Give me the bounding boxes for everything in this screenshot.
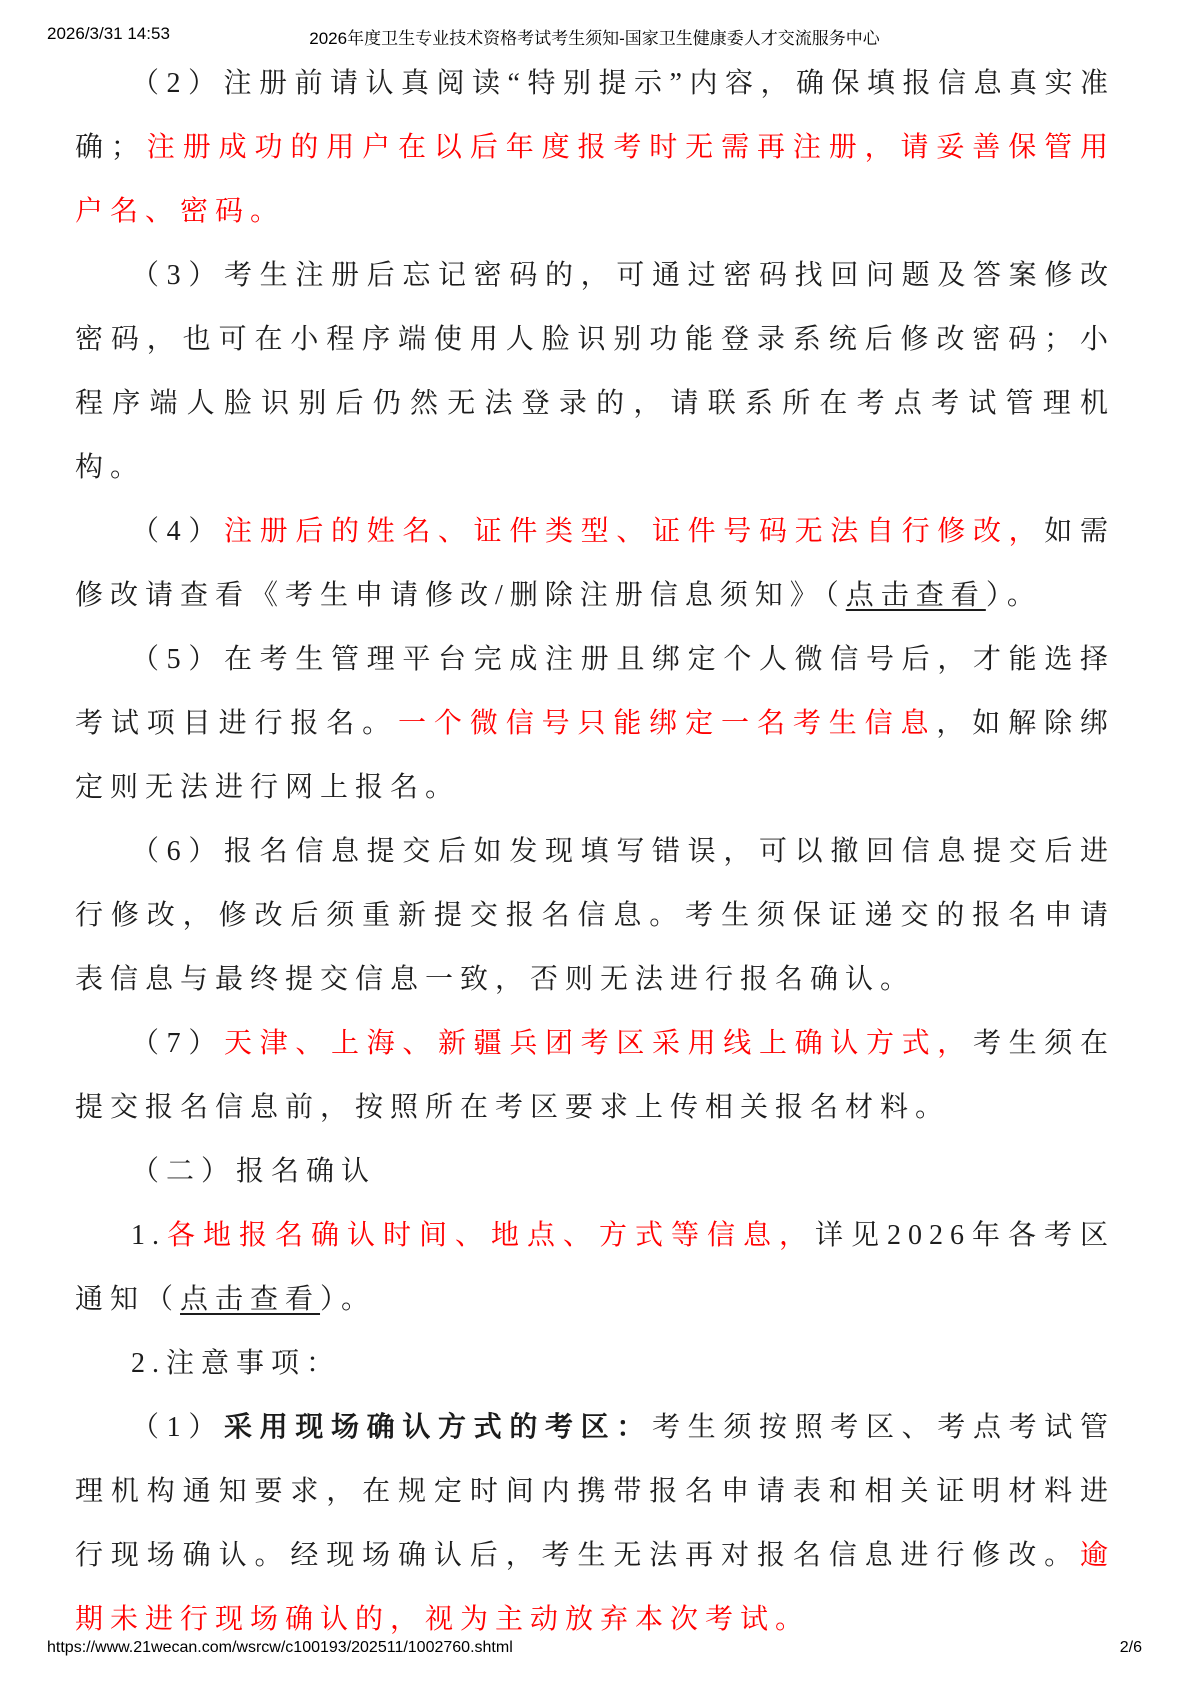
paragraph-item-7: （7）天津、上海、新疆兵团考区采用线上确认方式，考生须在提交报名信息前，按照所在… [75, 1012, 1115, 1140]
text-run: ）。 [320, 1284, 376, 1315]
paragraph-item-2: （2）注册前请认真阅读“特别提示”内容，确保填报信息真实准确；注册成功的用户在以… [75, 52, 1115, 244]
text-run: 采用现场确认方式的考区： [224, 1412, 652, 1443]
paragraph-note-1: （1）采用现场确认方式的考区：考生须按照考区、考点考试管理机构通知要求，在规定时… [75, 1396, 1115, 1652]
paragraph-list-1: 1.各地报名确认时间、地点、方式等信息，详见2026年各考区通知（点击查看）。 [75, 1204, 1115, 1332]
paragraph-item-5: （5）在考生管理平台完成注册且绑定个人微信号后，才能选择考试项目进行报名。一个微… [75, 628, 1115, 820]
page-number: 2/6 [1120, 1639, 1142, 1657]
text-run: （6）报名信息提交后如发现填写错误，可以撤回信息提交后进行修改，修改后须重新提交… [75, 836, 1115, 995]
text-run: 1. [131, 1220, 166, 1251]
paragraph-list-2: 2.注意事项： [75, 1332, 1115, 1396]
paragraph-item-4: （4）注册后的姓名、证件类型、证件号码无法自行修改，如需修改请查看《考生申请修改… [75, 500, 1115, 628]
text-run: 各地报名确认时间、地点、方式等信息， [166, 1220, 815, 1251]
print-header: 2026/3/31 14:53 2026年度卫生专业技术资格考试考生须知-国家卫… [0, 24, 1189, 48]
print-footer: https://www.21wecan.com/wsrcw/c100193/20… [47, 1639, 1142, 1657]
inline-link[interactable]: 点击查看 [846, 580, 986, 611]
text-run: 天津、上海、新疆兵团考区采用线上确认方式， [224, 1028, 973, 1059]
document-body: （2）注册前请认真阅读“特别提示”内容，确保填报信息真实准确；注册成功的用户在以… [75, 52, 1115, 1652]
text-run: （二）报名确认 [131, 1156, 376, 1187]
text-run: 一个微信号只能绑定一名考生信息 [398, 708, 936, 739]
text-run: 注册后的姓名、证件类型、证件号码无法自行修改， [224, 516, 1044, 547]
text-run: 注册成功的用户在以后年度报考时无需再注册，请妥善保管用户名、密码。 [75, 132, 1115, 227]
paragraph-item-6: （6）报名信息提交后如发现填写错误，可以撤回信息提交后进行修改，修改后须重新提交… [75, 820, 1115, 1012]
text-run: （7） [131, 1028, 224, 1059]
text-run: （3）考生注册后忘记密码的，可通过密码找回问题及答案修改密码，也可在小程序端使用… [75, 260, 1115, 483]
document-title: 2026年度卫生专业技术资格考试考生须知-国家卫生健康委人才交流服务中心 [120, 24, 1069, 49]
section-heading-2: （二）报名确认 [75, 1140, 1115, 1204]
text-run: （4） [131, 516, 224, 547]
source-url: https://www.21wecan.com/wsrcw/c100193/20… [47, 1639, 513, 1657]
text-run: ）。 [986, 580, 1042, 611]
inline-link[interactable]: 点击查看 [180, 1284, 320, 1315]
document-page: 2026/3/31 14:53 2026年度卫生专业技术资格考试考生须知-国家卫… [0, 0, 1189, 1683]
paragraph-item-3: （3）考生注册后忘记密码的，可通过密码找回问题及答案修改密码，也可在小程序端使用… [75, 244, 1115, 500]
text-run: （1） [131, 1412, 224, 1443]
text-run: 2.注意事项： [131, 1348, 341, 1379]
